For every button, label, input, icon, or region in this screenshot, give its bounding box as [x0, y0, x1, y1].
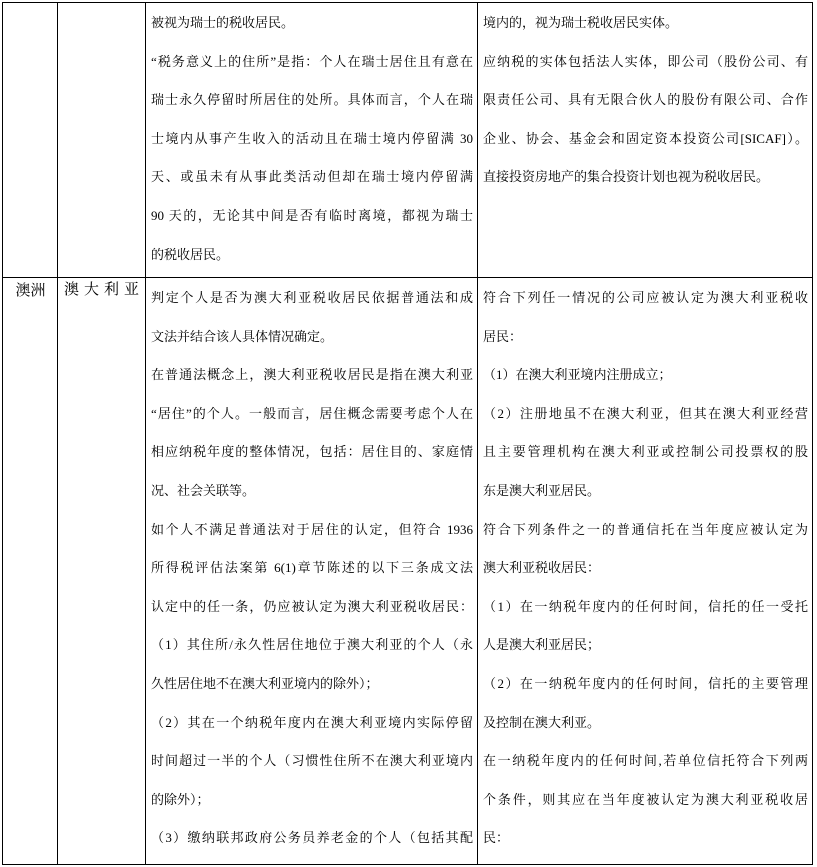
text-line: 且主要管理机构在澳大利亚或控制公司投票权的股	[483, 433, 808, 472]
text-line: 及控制在澳大利亚。	[483, 704, 808, 743]
text-line: （1）在澳大利亚境内注册成立；	[483, 356, 808, 395]
text-line: 民：	[483, 819, 808, 858]
text-line: 久性居住地不在澳大利亚境内的除外）；	[151, 665, 473, 704]
text-line: （1）在一纳税年度内的任何时间，信托的任一受托	[483, 588, 808, 627]
text-line: 被视为瑞士的税收居民。	[151, 4, 473, 43]
table-row-australia: 澳洲 澳大利亚 判定个人是否为澳大利亚税收居民依据普通法和成文法并结合该人具体情…	[3, 278, 813, 865]
text-line: 相应纳税年度的整体情况，包括：居住目的、家庭情	[151, 433, 473, 472]
text-line: 天、或虽未有从事此类活动但却在瑞士境内停留满	[151, 158, 473, 197]
text-line: （2）其在一个纳税年度内在澳大利亚境内实际停留	[151, 704, 473, 743]
text-line: 企业、协会、基金会和固定资本投资公司[SICAF]）。	[483, 120, 808, 159]
text-line: 时间超过一半的个人（习惯性住所不在澳大利亚境内	[151, 742, 473, 781]
text-line: 在普通法概念上，澳大利亚税收居民是指在澳大利亚	[151, 356, 473, 395]
text-line: 直接投资房地产的集合投资计划也视为税收居民。	[483, 158, 808, 197]
tax-residency-table: 被视为瑞士的税收居民。“税务意义上的住所”是指：个人在瑞士居住且有意在瑞士永久停…	[2, 2, 813, 865]
text-line: 的税收居民。	[151, 236, 473, 275]
text-line: （2）注册地虽不在澳大利亚，但其在澳大利亚经营	[483, 395, 808, 434]
text-line: 文法并结合该人具体情况确定。	[151, 318, 473, 357]
text-line: 况、社会关联等。	[151, 472, 473, 511]
text-line: 符合下列任一情况的公司应被认定为澳大利亚税收	[483, 279, 808, 318]
country-cell-switzerland	[58, 3, 146, 278]
text-line: 境内的，视为瑞士税收居民实体。	[483, 4, 808, 43]
text-line: 东是澳大利亚居民。	[483, 472, 808, 511]
text-line: 士境内从事产生收入的活动且在瑞士境内停留满 30	[151, 120, 473, 159]
entity-rules-cell-switzerland: 境内的，视为瑞士税收居民实体。应纳税的实体包括法人实体，即公司（股份公司、有限责…	[478, 3, 813, 278]
text-line: 在一纳税年度内的任何时间,若单位信托符合下列两	[483, 742, 808, 781]
text-line: 判定个人是否为澳大利亚税收居民依据普通法和成	[151, 279, 473, 318]
text-line: 的除外）；	[151, 781, 473, 820]
country-cell-australia: 澳大利亚	[58, 278, 146, 865]
text-line: 瑞士永久停留时所居住的处所。具体而言，个人在瑞	[151, 81, 473, 120]
text-line: “税务意义上的住所”是指：个人在瑞士居住且有意在	[151, 43, 473, 82]
region-cell-australia: 澳洲	[3, 278, 58, 865]
text-line: 如个人不满足普通法对于居住的认定，但符合 1936	[151, 511, 473, 550]
entity-rules-cell-australia: 符合下列任一情况的公司应被认定为澳大利亚税收居民：（1）在澳大利亚境内注册成立；…	[478, 278, 813, 865]
text-line: （3）缴纳联邦政府公务员养老金的个人（包括其配	[151, 819, 473, 858]
text-line: “居住”的个人。一般而言，居住概念需要考虑个人在	[151, 395, 473, 434]
text-line: 90 天的，无论其中间是否有临时离境，都视为瑞士	[151, 197, 473, 236]
individual-rules-cell-australia: 判定个人是否为澳大利亚税收居民依据普通法和成文法并结合该人具体情况确定。在普通法…	[146, 278, 478, 865]
document-page: 被视为瑞士的税收居民。“税务意义上的住所”是指：个人在瑞士居住且有意在瑞士永久停…	[0, 0, 817, 867]
text-line: 应纳税的实体包括法人实体，即公司（股份公司、有	[483, 43, 808, 82]
text-line: 人是澳大利亚居民；	[483, 626, 808, 665]
text-line: 居民：	[483, 318, 808, 357]
individual-rules-cell-switzerland: 被视为瑞士的税收居民。“税务意义上的住所”是指：个人在瑞士居住且有意在瑞士永久停…	[146, 3, 478, 278]
text-line: 澳大利亚税收居民：	[483, 549, 808, 588]
text-line: 个条件，则其应在当年度被认定为澳大利亚税收居	[483, 781, 808, 820]
text-line: （1）其住所/永久性居住地位于澳大利亚的个人（永	[151, 626, 473, 665]
text-line: 符合下列条件之一的普通信托在当年度应被认定为	[483, 511, 808, 550]
text-line: （2）在一纳税年度内的任何时间，信托的主要管理	[483, 665, 808, 704]
text-line: 认定中的任一条，仍应被认定为澳大利亚税收居民：	[151, 588, 473, 627]
table-row-switzerland: 被视为瑞士的税收居民。“税务意义上的住所”是指：个人在瑞士居住且有意在瑞士永久停…	[3, 3, 813, 278]
region-cell-switzerland	[3, 3, 58, 278]
text-line: 限责任公司、具有无限合伙人的股份有限公司、合作	[483, 81, 808, 120]
text-line: 所得税评估法案第 6(1)章节陈述的以下三条成文法	[151, 549, 473, 588]
